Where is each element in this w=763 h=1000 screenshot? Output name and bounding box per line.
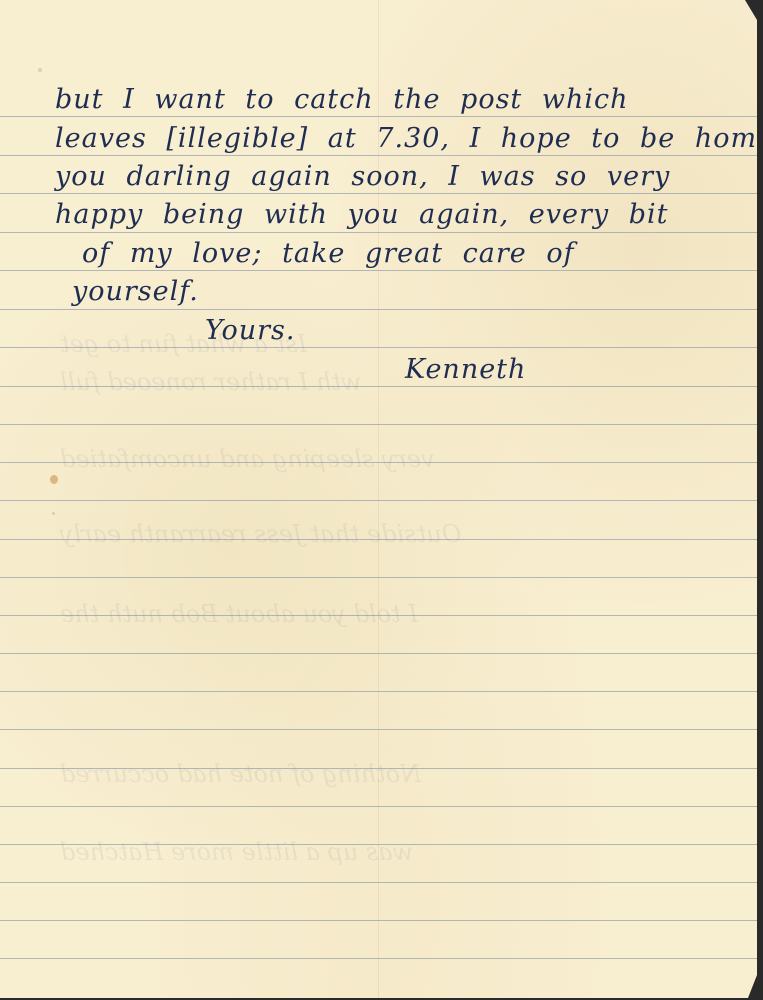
letter-closing: Yours. <box>205 315 295 346</box>
ruled-line <box>0 309 757 310</box>
ink-stain <box>38 68 42 72</box>
letter-line-5: of my love; take great care of <box>82 238 575 269</box>
bleed-through-text: Nothing of note had occurred <box>60 760 421 788</box>
letter-page: Ist a what fun to get wth I rather roneo… <box>0 0 757 998</box>
ruled-line <box>0 577 757 578</box>
ruled-line <box>0 500 757 501</box>
bleed-through-text: very sleeping and uncomfatied <box>60 445 435 473</box>
letter-signature: Kenneth <box>405 354 526 385</box>
ruled-line <box>0 270 757 271</box>
ruled-line <box>0 729 757 730</box>
letter-line-4: happy being with you again, every bit <box>55 199 668 230</box>
ruled-line <box>0 424 757 425</box>
bleed-through-text: I told you about Bob nuth the <box>60 600 418 628</box>
bleed-through-text: Outside that Jess rearranth early <box>60 520 461 548</box>
ruled-line <box>0 958 757 959</box>
bleed-through-text: wth I rather roneoed full <box>60 368 362 396</box>
letter-line-1: but I want to catch the post which <box>55 84 629 115</box>
letter-line-2: leaves [illegible] at 7.30, I hope to be… <box>55 123 763 154</box>
ink-stain <box>52 512 55 515</box>
ruled-line <box>0 116 757 117</box>
ruled-line <box>0 920 757 921</box>
ruled-line <box>0 232 757 233</box>
ruled-line <box>0 691 757 692</box>
ruled-line <box>0 155 757 156</box>
ink-stain <box>50 475 58 484</box>
ruled-line <box>0 653 757 654</box>
bleed-through-text: was up a little more Hatched <box>60 838 413 866</box>
letter-line-3: you darling again soon, I was so very <box>55 161 670 192</box>
ruled-line <box>0 193 757 194</box>
ruled-line <box>0 882 757 883</box>
letter-line-6: yourself. <box>72 276 199 307</box>
ruled-line <box>0 806 757 807</box>
